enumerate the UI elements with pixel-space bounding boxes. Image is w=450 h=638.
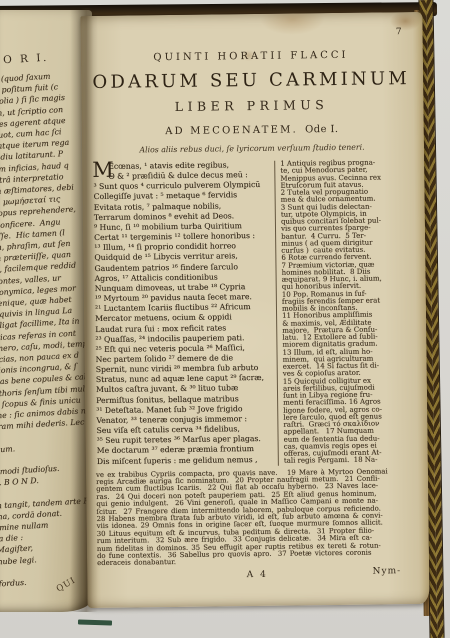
- notes-column: 1 Antiquis regibus progna-te, cui Menodo…: [280, 158, 416, 465]
- main-title: ODARUM SEU CARMINUM: [91, 68, 411, 93]
- table-edge: [78, 619, 112, 625]
- page-number: 7: [396, 27, 402, 37]
- book-subtitle: LIBER PRIMUS: [91, 96, 411, 115]
- book-page: 7 QUINTI HORATII FLACCI ODARUM SEU CARMI…: [80, 12, 429, 608]
- facing-page-heading: C T O R I.: [0, 49, 92, 68]
- drop-cap: M: [92, 160, 114, 180]
- footnote-line: ederaceis donabantur.: [97, 556, 417, 567]
- facing-page: C T O R I. inerem (quod ſaxumn more poſi…: [0, 10, 92, 612]
- argument-line: Alios aliis rebus duci, ſe lyricorum ver…: [92, 142, 412, 155]
- poem-lines: Ecœnas, ¹ atavis edite regibus,O & ² præ…: [93, 160, 277, 467]
- note-line: tali regis Pergami. 18 Na-: [284, 456, 416, 465]
- photo-background: C T O R I. inerem (quod ſaxumn more poſi…: [0, 0, 450, 638]
- facing-page-lines: inerem (quod ſaxumn more poſitum fuit (c…: [0, 68, 92, 590]
- facing-page-text: C T O R I. inerem (quod ſaxumn more poſi…: [0, 49, 92, 590]
- footnote-block: ve ex trabibus Cypriis compacta, pro qua…: [96, 468, 417, 568]
- poem-line: Dis miſcent ſuperis : me gelidum nemus ,: [97, 454, 277, 466]
- dedication-text: AD MECOENATEM.: [165, 124, 298, 137]
- ode-label: Ode I.: [305, 124, 338, 135]
- catchword: Nym-: [373, 566, 402, 576]
- running-title: QUINTI HORATII FLACCI: [91, 49, 411, 64]
- dedication-line: AD MECOENATEM. Ode I.: [92, 123, 412, 138]
- poem-column: M Ecœnas, ¹ atavis edite regibus,O & ² p…: [92, 160, 277, 468]
- text-columns: M Ecœnas, ¹ atavis edite regibus,O & ² p…: [92, 158, 416, 467]
- signature-mark: A 4: [97, 568, 417, 582]
- page-footer: A 4 Nym-: [97, 568, 417, 586]
